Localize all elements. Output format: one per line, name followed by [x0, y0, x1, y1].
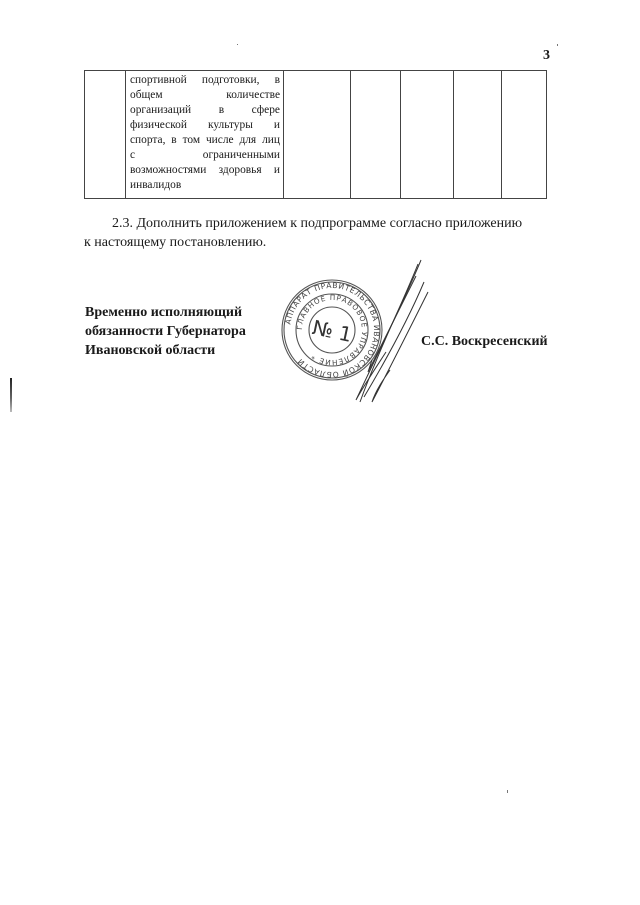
description-word: для — [239, 133, 256, 148]
amendment-paragraph: 2.3. Дополнить приложением к подпрограмм… — [84, 214, 550, 252]
signer-title-line: Временно исполняющий — [85, 303, 246, 322]
description-word: общем — [130, 88, 163, 103]
signer-title-line: Ивановской области — [85, 341, 246, 360]
description-word: спорта, — [130, 133, 165, 148]
description-word: и — [274, 163, 280, 178]
value-cell — [284, 71, 351, 199]
indicator-description-cell: спортивнойподготовки,вобщемколичествеорг… — [126, 71, 284, 199]
signer-title-line: обязанности Губернатора — [85, 322, 246, 341]
description-line: организацийвсфере — [130, 103, 280, 118]
value-cell — [454, 71, 502, 199]
page-number: 3 — [543, 48, 550, 64]
description-word: числе — [206, 133, 234, 148]
description-word: возможностями — [130, 163, 206, 178]
description-line: инвалидов — [130, 178, 280, 193]
description-line: спорта,втомчиследлялиц — [130, 133, 280, 148]
row-number-cell — [85, 71, 126, 199]
description-line: сограниченными — [130, 148, 280, 163]
stamp-center-text: № 1 — [310, 315, 354, 347]
description-word: количестве — [226, 88, 280, 103]
scan-speck — [237, 44, 238, 45]
scan-artifact — [10, 378, 12, 412]
description-word: том — [183, 133, 201, 148]
description-word: спортивной — [130, 73, 187, 88]
description-line: физическойкультурыи — [130, 118, 280, 133]
value-cell — [351, 71, 401, 199]
paragraph-line: к настоящему постановлению. — [84, 233, 550, 252]
scan-speck — [557, 44, 558, 46]
description-word: в — [275, 73, 280, 88]
description-word: инвалидов — [130, 178, 181, 193]
description-word: с — [130, 148, 135, 163]
signer-title: Временно исполняющий обязанности Губерна… — [85, 303, 246, 360]
paragraph-line: 2.3. Дополнить приложением к подпрограмм… — [84, 214, 550, 233]
description-word: организаций — [130, 103, 191, 118]
subprogram-indicator-table: спортивнойподготовки,вобщемколичествеорг… — [84, 70, 547, 199]
table-row: спортивнойподготовки,вобщемколичествеорг… — [85, 71, 547, 199]
description-word: и — [274, 118, 280, 133]
description-word: в — [219, 103, 224, 118]
description-word: ограниченными — [203, 148, 280, 163]
value-cell — [502, 71, 547, 199]
description-line: возможностямиздоровьяи — [130, 163, 280, 178]
signer-name: С.С. Воскресенский — [421, 334, 548, 350]
description-word: сфере — [252, 103, 280, 118]
description-word: культуры — [208, 118, 253, 133]
description-line: спортивнойподготовки,в — [130, 73, 280, 88]
description-word: лиц — [262, 133, 280, 148]
description-line: общемколичестве — [130, 88, 280, 103]
value-cell — [401, 71, 454, 199]
description-word: здоровья — [219, 163, 262, 178]
description-word: подготовки, — [202, 73, 260, 88]
description-word: в — [171, 133, 176, 148]
description-word: физической — [130, 118, 187, 133]
scan-speck — [507, 790, 508, 793]
